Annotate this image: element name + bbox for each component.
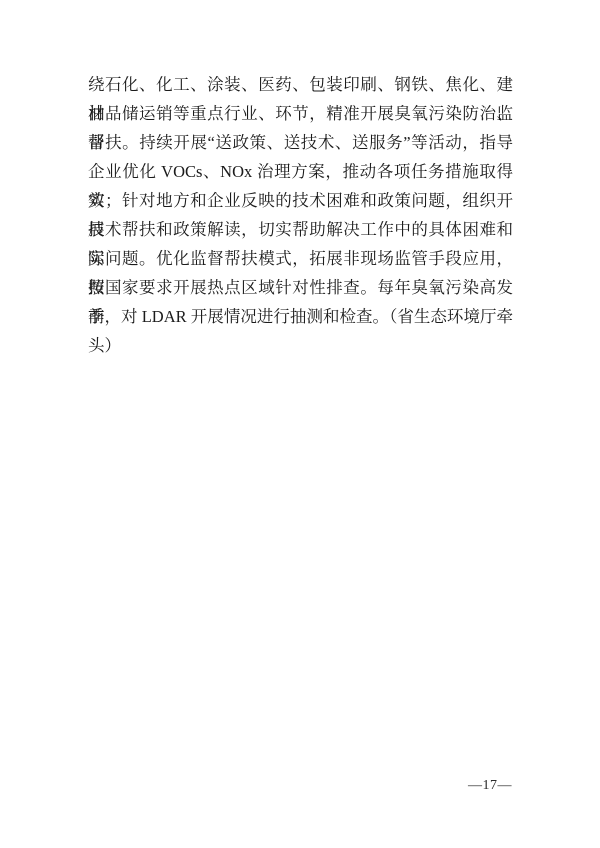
body-text: 绕石化、化工、涂装、医药、包装印刷、钢铁、焦化、建材、油品储运销等重点行业、环节… bbox=[88, 70, 513, 360]
page-number: —17— bbox=[312, 778, 512, 794]
text-line: 油品储运销等重点行业、环节，精准开展臭氧污染防治监督 bbox=[88, 99, 513, 128]
text-line: 效；针对地方和企业反映的技术困难和政策问题，组织开展 bbox=[88, 186, 513, 215]
text-line: 照国家要求开展热点区域针对性排查。每年臭氧污染高发季 bbox=[88, 273, 513, 302]
text-line: 帮扶。持续开展“送政策、送技术、送服务”等活动，指导 bbox=[88, 128, 513, 157]
text-line: 头） bbox=[88, 331, 513, 360]
text-line: 企业优化 VOCs、NOx 治理方案，推动各项任务措施取得实 bbox=[88, 157, 513, 186]
document-page: 绕石化、化工、涂装、医药、包装印刷、钢铁、焦化、建材、油品储运销等重点行业、环节… bbox=[0, 0, 600, 848]
text-line: 绕石化、化工、涂装、医药、包装印刷、钢铁、焦化、建材、 bbox=[88, 70, 513, 99]
text-line: 际问题。优化监督帮扶模式，拓展非现场监管手段应用，按 bbox=[88, 244, 513, 273]
text-line: 前，对 LDAR 开展情况进行抽测和检查。（省生态环境厅牵 bbox=[88, 302, 513, 331]
text-line: 技术帮扶和政策解读，切实帮助解决工作中的具体困难和实 bbox=[88, 215, 513, 244]
